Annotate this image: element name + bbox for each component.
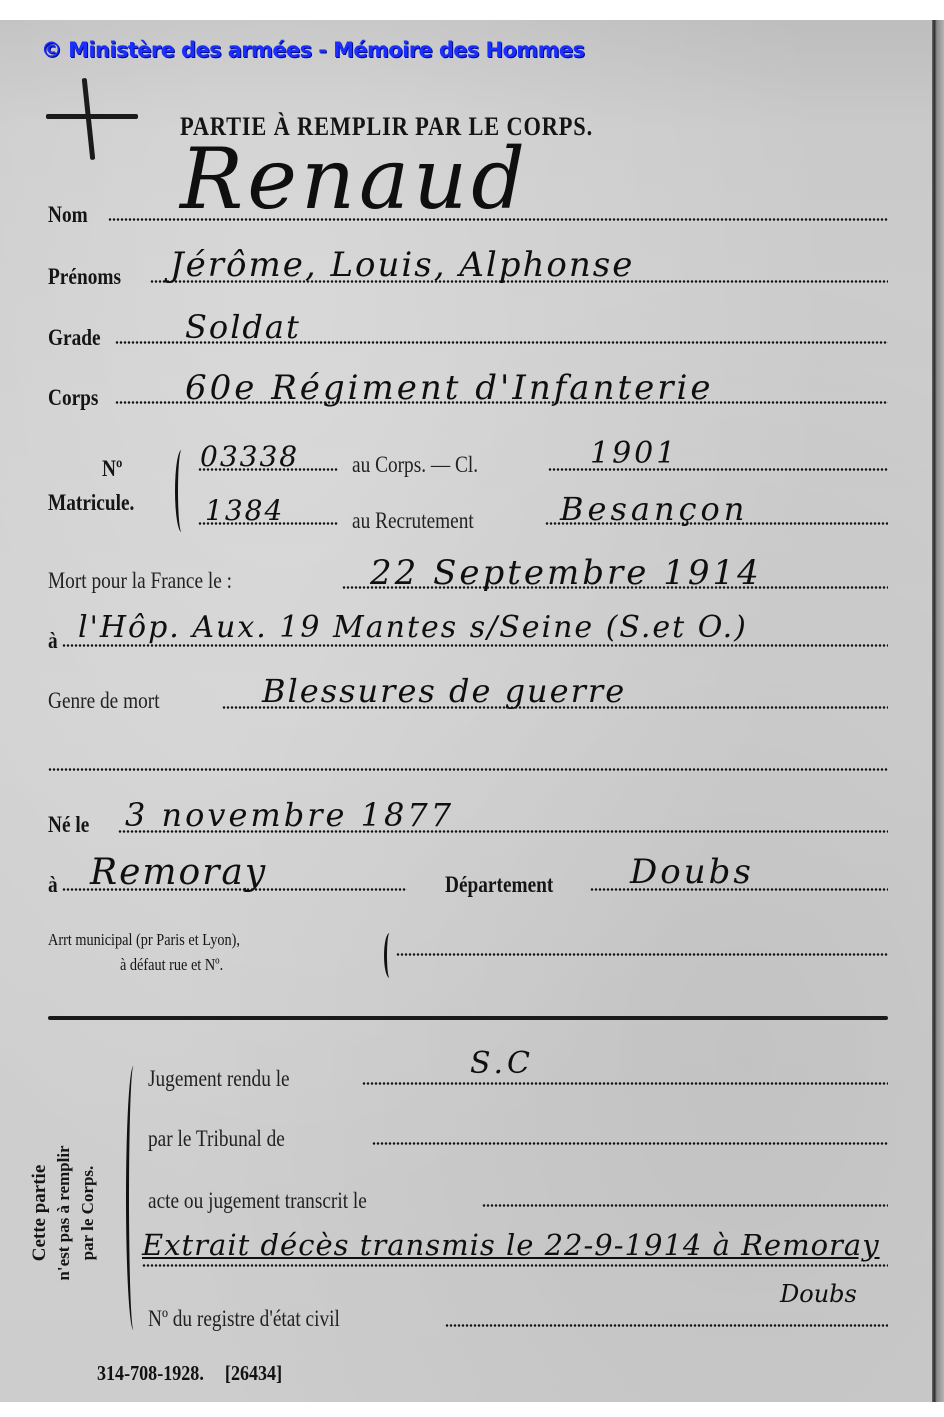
line-transcrit xyxy=(482,1204,888,1207)
label-genre-mort: Genre de mort xyxy=(48,688,160,714)
separator-line-1 xyxy=(48,768,888,772)
label-au-corps: au Corps. — Cl. xyxy=(352,452,478,478)
value-mort-lieu: l'Hôp. Aux. 19 Mantes s/Seine (S.et O.) xyxy=(78,610,748,645)
value-matricule-recrutement: 1384 xyxy=(205,494,284,527)
copyright-watermark: © Ministère des armées - Mémoire des Hom… xyxy=(41,38,584,62)
label-mort-date: Mort pour la France le : xyxy=(48,568,232,594)
label-ne-le: Né le xyxy=(48,812,89,838)
label-jugement: Jugement rendu le xyxy=(148,1066,290,1092)
label-ne-a: à xyxy=(48,872,58,898)
value-recrutement-place: Besançon xyxy=(560,490,748,528)
side-note-line3: par le Corps. xyxy=(76,1108,100,1318)
label-matricule-no: Nº xyxy=(102,456,122,482)
line-tribunal xyxy=(372,1142,888,1145)
value-extrait-departement: Doubs xyxy=(780,1280,857,1308)
value-mort-date: 22 Septembre 1914 xyxy=(370,553,762,593)
value-departement: Doubs xyxy=(630,852,754,892)
value-nom: Renaud xyxy=(180,130,529,228)
label-arrondissement-line2: à défaut rue et Nº. xyxy=(120,955,223,975)
value-prenoms: Jérôme, Louis, Alphonse xyxy=(170,245,634,285)
line-registre xyxy=(445,1324,888,1327)
label-transcrit: acte ou jugement transcrit le xyxy=(148,1188,367,1214)
label-arrondissement-line1: Arrt municipal (pr Paris et Lyon), xyxy=(48,930,240,950)
label-nom: Nom xyxy=(48,202,88,228)
print-ref-number: [26434] xyxy=(225,1361,282,1385)
label-departement: Département xyxy=(445,872,553,898)
label-matricule: Matricule. xyxy=(48,490,134,516)
line-arrondissement xyxy=(396,953,888,956)
label-corps: Corps xyxy=(48,385,98,411)
value-corps: 60e Régiment d'Infanterie xyxy=(185,368,714,408)
label-prenoms: Prénoms xyxy=(48,264,121,290)
print-code: 314-708-1928. xyxy=(97,1361,204,1385)
side-note-civil-section: Cette partie n'est pas à remplir par le … xyxy=(28,1108,138,1318)
line-jugement xyxy=(362,1082,888,1085)
label-tribunal: par le Tribunal de xyxy=(148,1126,285,1152)
value-extrait: Extrait décès transmis le 22-9-1914 à Re… xyxy=(142,1228,880,1262)
label-mort-lieu: à xyxy=(48,628,58,654)
brace-matricule xyxy=(175,450,188,532)
value-classe: 1901 xyxy=(590,436,678,471)
value-matricule-corps: 03338 xyxy=(200,440,299,473)
label-registre: Nº du registre d'état civil xyxy=(148,1306,340,1332)
label-au-recrutement: au Recrutement xyxy=(352,508,474,534)
value-grade: Soldat xyxy=(185,308,301,346)
print-reference: 314-708-1928. [26434] xyxy=(97,1361,282,1386)
brace-arrondissement xyxy=(384,933,395,978)
section-divider xyxy=(48,1016,888,1020)
line-extrait xyxy=(142,1264,888,1267)
label-grade: Grade xyxy=(48,325,101,351)
side-note-line1: Cette partie xyxy=(28,1108,52,1318)
value-genre-mort: Blessures de guerre xyxy=(262,672,626,710)
value-ne-a: Remoray xyxy=(90,852,267,893)
cross-horizontal-stroke xyxy=(46,114,138,119)
side-note-line2: n'est pas à remplir xyxy=(52,1108,76,1318)
brace-civil-section xyxy=(126,1066,141,1330)
value-jugement: S.C xyxy=(470,1046,534,1081)
value-ne-le: 3 novembre 1877 xyxy=(125,796,454,834)
